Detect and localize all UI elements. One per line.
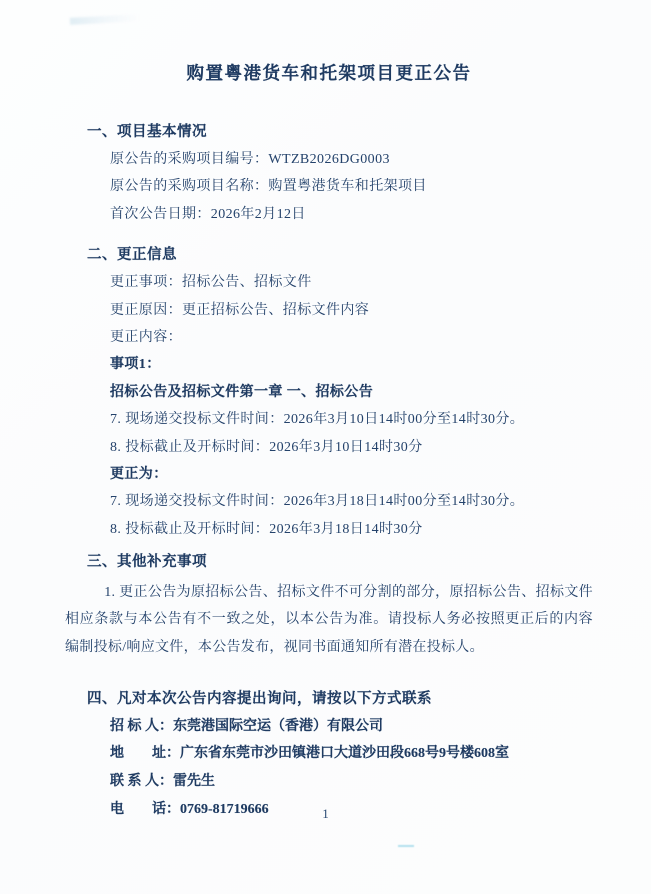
correction-matter: 更正事项：招标公告、招标文件 (110, 269, 593, 296)
correction-reason: 更正原因：更正招标公告、招标文件内容 (110, 297, 593, 324)
section-supplementary: 三、其他补充事项 1. 更正公告为原招标公告、招标文件不可分割的部分，原招标公告… (65, 552, 593, 661)
address-value: 广东省东莞市沙田镇港口大道沙田段668号9号楼608室 (180, 746, 509, 761)
original-project-name: 原公告的采购项目名称：购置粤港货车和托架项目 (110, 173, 593, 200)
correction-chapter-line: 招标公告及招标文件第一章 一、招标公告 (110, 379, 593, 406)
original-clause-7: 7. 现场递交投标文件时间：2026年3月10日14时00分至14时30分。 (110, 406, 593, 433)
contact-row-person: 联 系 人：雷先生 (110, 768, 593, 796)
address-label: 地 址： (110, 740, 180, 768)
tenderer-value: 东莞港国际空运（香港）有限公司 (173, 719, 383, 734)
section-2-lines: 更正事项：招标公告、招标文件 更正原因：更正招标公告、招标文件内容 更正内容： … (65, 269, 593, 543)
corrected-to-label: 更正为： (110, 461, 593, 488)
section-1-heading: 一、项目基本情况 (87, 122, 593, 142)
section-4-heading: 四、凡对本次公告内容提出询问，请按以下方式联系 (87, 689, 593, 709)
contact-person-value: 雷先生 (173, 774, 215, 789)
correction-item-label: 事项1： (110, 351, 593, 378)
scan-smudge-artifact (398, 845, 414, 847)
section-contact: 四、凡对本次公告内容提出询问，请按以下方式联系 招 标 人：东莞港国际空运（香港… (65, 689, 593, 823)
scanned-document-page: 购置粤港货车和托架项目更正公告 一、项目基本情况 原公告的采购项目编号：WTZB… (0, 0, 651, 894)
supplementary-paragraph: 1. 更正公告为原招标公告、招标文件不可分割的部分，原招标公告、招标文件相应条款… (65, 579, 593, 661)
document-content: 购置粤港货车和托架项目更正公告 一、项目基本情况 原公告的采购项目编号：WTZB… (0, 0, 651, 823)
section-basic-info: 一、项目基本情况 原公告的采购项目编号：WTZB2026DG0003 原公告的采… (65, 122, 593, 228)
section-2-heading: 二、更正信息 (87, 245, 593, 265)
corrected-clause-8: 8. 投标截止及开标时间：2026年3月18日14时30分 (110, 516, 593, 543)
section-correction-info: 二、更正信息 更正事项：招标公告、招标文件 更正原因：更正招标公告、招标文件内容… (65, 245, 593, 543)
correction-content-label: 更正内容： (110, 324, 593, 351)
section-3-heading: 三、其他补充事项 (87, 552, 593, 572)
contact-row-tenderer: 招 标 人：东莞港国际空运（香港）有限公司 (110, 713, 593, 741)
corrected-clause-7: 7. 现场递交投标文件时间：2026年3月18日14时00分至14时30分。 (110, 488, 593, 515)
original-clause-8: 8. 投标截止及开标时间：2026年3月10日14时30分 (110, 434, 593, 461)
section-1-lines: 原公告的采购项目编号：WTZB2026DG0003 原公告的采购项目名称：购置粤… (65, 146, 593, 228)
original-project-number: 原公告的采购项目编号：WTZB2026DG0003 (110, 146, 593, 173)
contact-person-label: 联 系 人： (110, 768, 173, 796)
first-announcement-date: 首次公告日期：2026年2月12日 (110, 201, 593, 228)
document-title: 购置粤港货车和托架项目更正公告 (65, 60, 593, 86)
page-number: 1 (0, 806, 651, 822)
contact-row-address: 地 址：广东省东莞市沙田镇港口大道沙田段668号9号楼608室 (110, 740, 593, 768)
tenderer-label: 招 标 人： (110, 713, 173, 741)
